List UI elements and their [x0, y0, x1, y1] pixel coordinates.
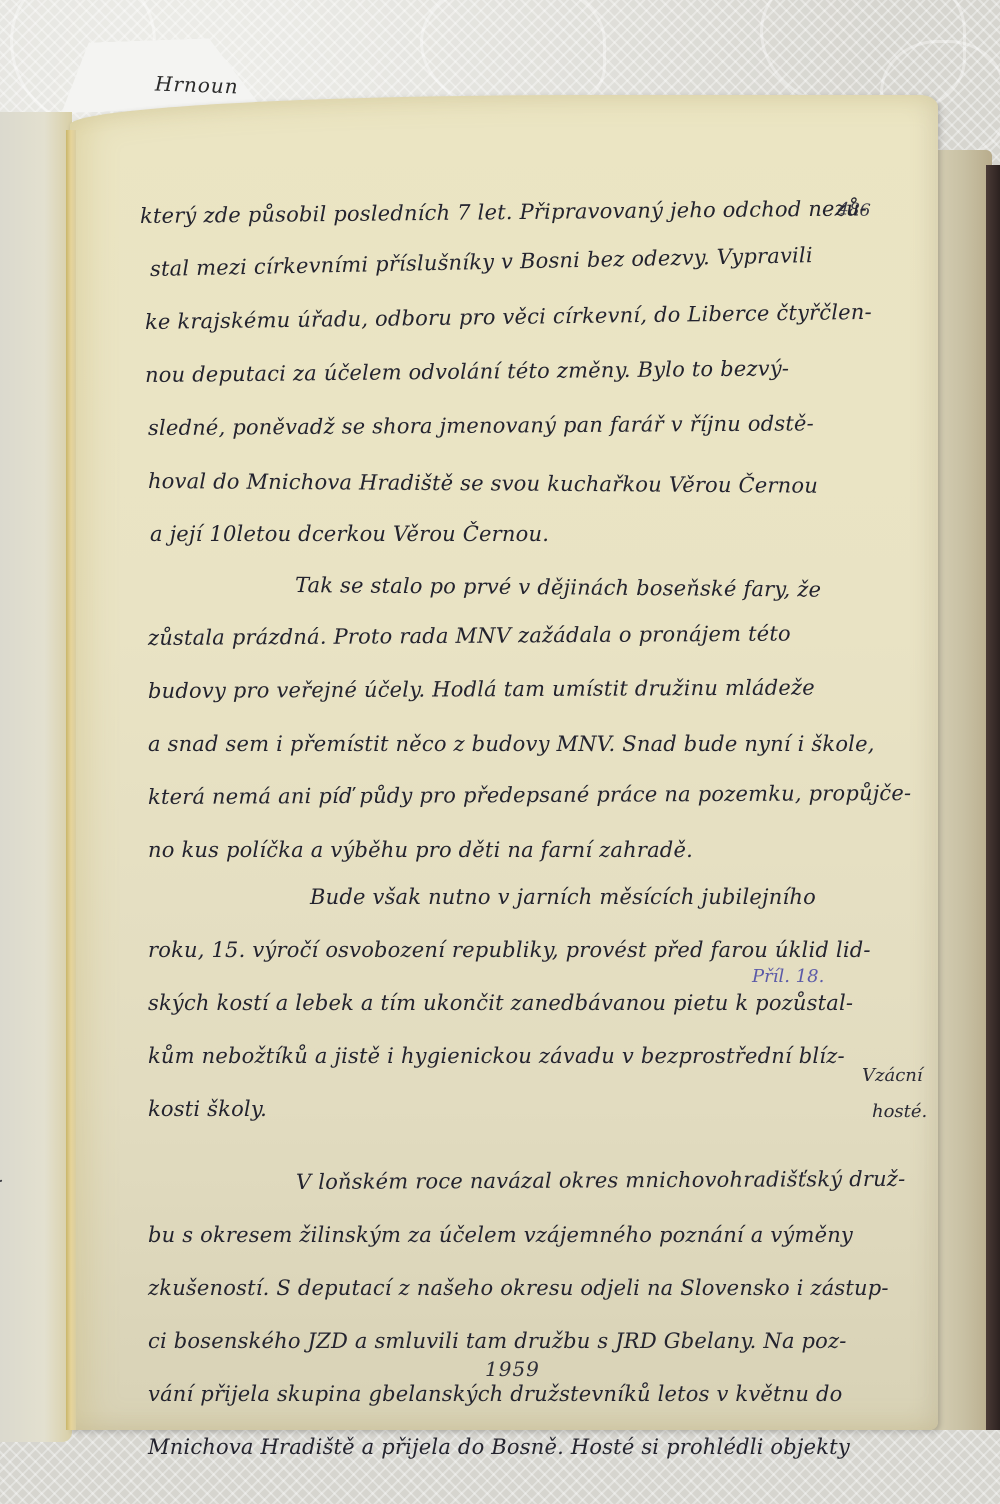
text-line: kosti školy.	[148, 1097, 267, 1121]
left-page-text-fragment: čs.	[0, 1167, 4, 1187]
text-line: zůstala prázdná. Proto rada MNV zažádala…	[148, 622, 791, 650]
left-facing-page: čs.	[0, 112, 72, 1442]
text-line: ci bosenského JZD a smluvili tam družbu …	[148, 1329, 847, 1353]
folded-paper-note-text: Hrnoun	[155, 72, 239, 99]
text-line: sledné, poněvadž se shora jmenovaný pan …	[148, 411, 814, 440]
text-line: bu s okresem žilinským za účelem vzájemn…	[148, 1223, 853, 1247]
text-line: budovy pro veřejné účely. Hodlá tam umís…	[148, 676, 815, 703]
text-line: Tak se stalo po prvé v dějinách boseňské…	[295, 573, 821, 602]
text-line: Mnichova Hradiště a přijela do Bosně. Ho…	[148, 1435, 850, 1459]
page-footer-year: 1959	[485, 1357, 540, 1381]
book-cover-edge	[986, 165, 1000, 1430]
text-line: a snad sem i přemístit něco z budovy MNV…	[148, 732, 875, 756]
text-line: ských kostí a lebek a tím ukončit zanedb…	[148, 991, 853, 1015]
text-line: zkušeností. S deputací z našeho okresu o…	[148, 1276, 889, 1300]
text-line: která nemá ani píď půdy pro předepsané p…	[148, 781, 911, 809]
text-line: roku, 15. výročí osvobození republiky, p…	[148, 938, 871, 962]
margin-note-line-1: Vzácní	[862, 1065, 923, 1086]
text-line: Bude však nutno v jarních měsících jubil…	[310, 885, 816, 909]
book-gutter	[66, 130, 76, 1430]
text-line: V loňském roce navázal okres mnichovohra…	[296, 1167, 905, 1194]
text-line: a její 10letou dcerkou Věrou Černou.	[150, 522, 549, 546]
text-line: hoval do Mnichova Hradiště se svou kucha…	[148, 469, 818, 498]
attachment-reference-note: Příl. 18.	[752, 966, 824, 987]
text-line: vání přijela skupina gbelanských družste…	[148, 1382, 843, 1406]
margin-note-line-2: hosté.	[872, 1101, 927, 1122]
text-line: kům nebožtíků a jistě i hygienickou záva…	[148, 1044, 845, 1068]
text-line: no kus políčka a výběhu pro děti na farn…	[148, 838, 693, 862]
